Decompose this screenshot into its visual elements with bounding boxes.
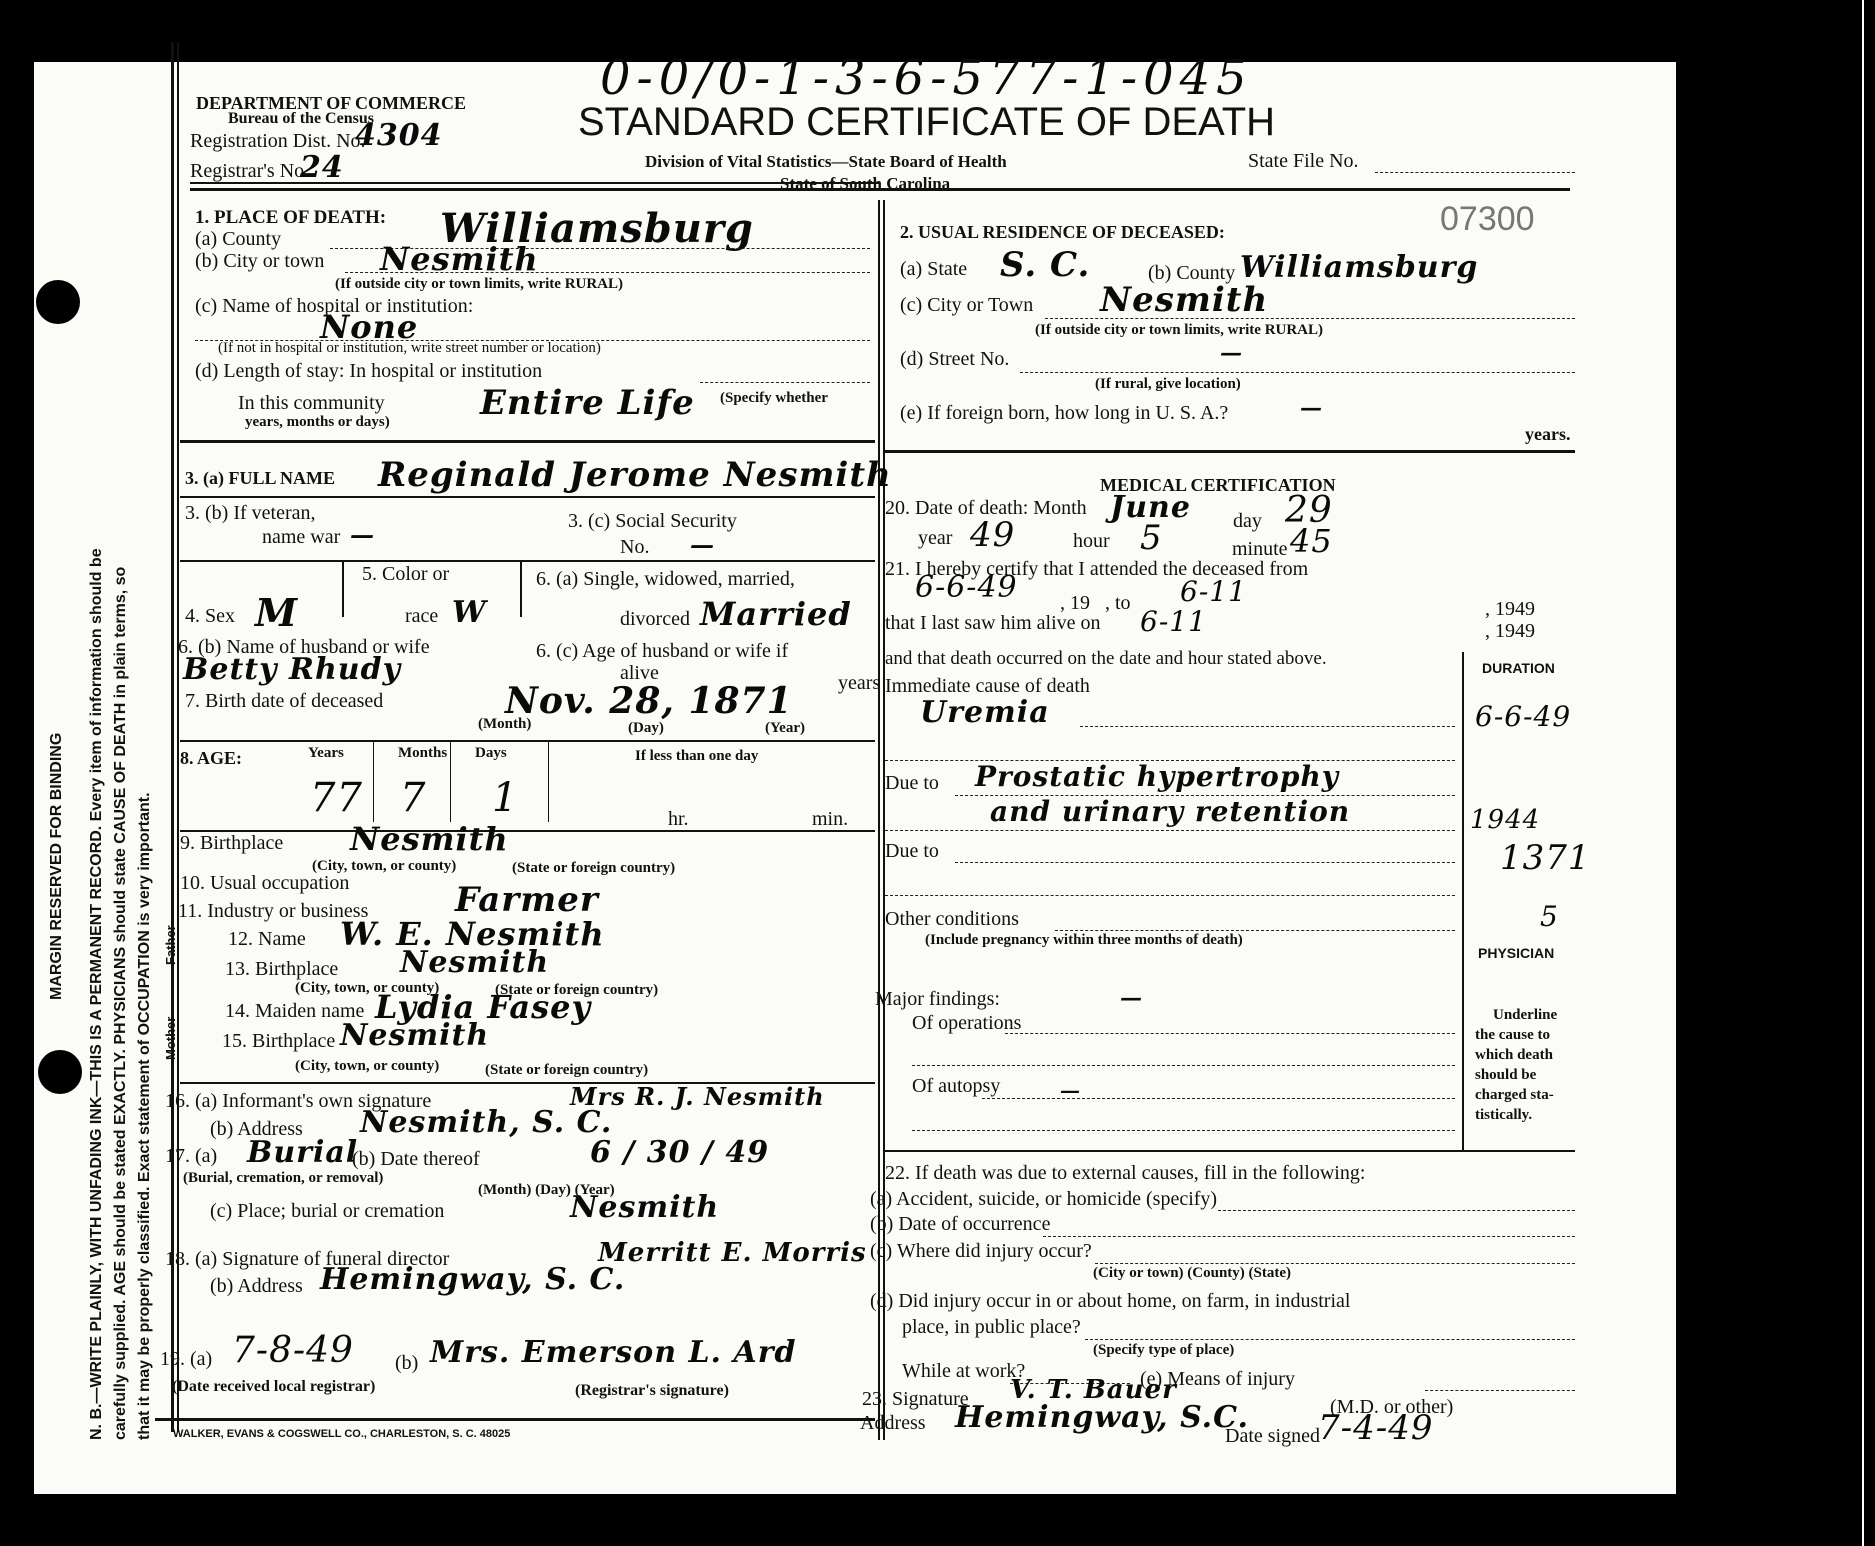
res-street-note: (If rural, give location) bbox=[1095, 376, 1241, 393]
field-line bbox=[1020, 372, 1575, 373]
funeral-addr-value[interactable]: Hemingway, S. C. bbox=[320, 1262, 625, 1297]
field-line bbox=[955, 795, 1455, 796]
city-label: (b) City or town bbox=[195, 250, 324, 273]
due-to-label-2: Due to bbox=[885, 840, 939, 863]
other-conditions-label: Other conditions bbox=[885, 908, 1019, 931]
community-note: (Specify whether bbox=[720, 390, 828, 407]
father-name-label: 12. Name bbox=[228, 928, 306, 951]
left-border bbox=[177, 42, 179, 1432]
hospital-note: (If not in hospital or institution, writ… bbox=[218, 340, 601, 357]
attended-to-label: , to bbox=[1105, 592, 1131, 615]
age-years-value[interactable]: 77 bbox=[310, 775, 363, 821]
external-d-label-b: place, in public place? bbox=[902, 1316, 1081, 1339]
cell-divider bbox=[520, 562, 522, 617]
field-line bbox=[1005, 1033, 1455, 1034]
operations-label: Of operations bbox=[912, 1012, 1021, 1035]
signature-label: 23. Signature bbox=[862, 1388, 969, 1411]
cell-divider bbox=[373, 742, 374, 822]
funeral-sig-value[interactable]: Merritt E. Morris bbox=[598, 1238, 867, 1268]
section-rule bbox=[180, 830, 875, 832]
res-foreign-unit: years. bbox=[1525, 424, 1570, 445]
full-name-label: 3. (a) FULL NAME bbox=[185, 468, 335, 489]
external-d-note: (Specify type of place) bbox=[1093, 1342, 1234, 1359]
external-c-notes: (City or town) (County) (State) bbox=[1093, 1265, 1291, 1282]
field-line bbox=[1080, 726, 1455, 727]
age-hr-label: hr. bbox=[668, 808, 689, 831]
registrar-sig-note: (Registrar's signature) bbox=[575, 1382, 729, 1400]
handwritten-file-code: 0-0/0-1-3-6-577-1-045 bbox=[600, 50, 1253, 106]
external-b-label: (b) Date of occurrence bbox=[870, 1213, 1050, 1236]
margin-instructions-line2: carefully supplied. AGE should be stated… bbox=[112, 567, 130, 1440]
underline-note: Underline the cause to which death shoul… bbox=[1475, 1005, 1557, 1125]
physician-heading: PHYSICIAN bbox=[1478, 945, 1554, 961]
means-field[interactable] bbox=[1425, 1390, 1575, 1391]
community-note: years, months or days) bbox=[245, 414, 390, 431]
underline-note-line: the cause to bbox=[1475, 1025, 1557, 1045]
res-street-value[interactable]: — bbox=[1220, 340, 1243, 366]
cell-divider bbox=[548, 742, 549, 822]
section-rule bbox=[885, 450, 1575, 453]
external-a-field[interactable] bbox=[1218, 1210, 1575, 1211]
father-birth-value[interactable]: Nesmith bbox=[400, 945, 549, 980]
disposition-label: 17. (a) bbox=[165, 1145, 217, 1168]
section-rule bbox=[180, 496, 875, 498]
city-note: (If outside city or town limits, write R… bbox=[335, 276, 623, 293]
scan-edge bbox=[1862, 0, 1864, 1546]
underline-note-line: charged sta- bbox=[1475, 1085, 1557, 1105]
registrar-sig-label: (b) bbox=[395, 1352, 418, 1375]
occupation-label: 10. Usual occupation bbox=[180, 872, 349, 895]
res-city-note: (If outside city or town limits, write R… bbox=[1035, 322, 1323, 339]
section-rule bbox=[180, 740, 875, 742]
attended-from-value[interactable]: 6-6-49 bbox=[915, 570, 1018, 605]
community-value[interactable]: Entire Life bbox=[480, 383, 695, 423]
external-heading: 22. If death was due to external causes,… bbox=[885, 1162, 1365, 1185]
external-a-label: (a) Accident, suicide, or homicide (spec… bbox=[870, 1188, 1217, 1211]
res-foreign-value[interactable]: — bbox=[1300, 395, 1323, 421]
res-city-value[interactable]: Nesmith bbox=[1100, 280, 1268, 320]
due-to-value-1a[interactable]: Prostatic hypertrophy bbox=[975, 760, 1339, 793]
res-county-value[interactable]: Williamsburg bbox=[1240, 250, 1478, 285]
printer-imprint: WALKER, EVANS & COGSWELL CO., CHARLESTON… bbox=[173, 1428, 510, 1440]
disposition-note: (Burial, cremation, or removal) bbox=[183, 1170, 383, 1187]
mother-birth-state-note: (State or foreign country) bbox=[485, 1062, 648, 1079]
cell-divider bbox=[342, 562, 344, 617]
binding-hole bbox=[38, 1050, 82, 1094]
field-line bbox=[955, 862, 1455, 863]
stay-label: (d) Length of stay: In hospital or insti… bbox=[195, 360, 542, 383]
res-foreign-label: (e) If foreign born, how long in U. S. A… bbox=[900, 402, 1228, 425]
birth-day-label: (Day) bbox=[628, 720, 664, 737]
death-hour-label: hour bbox=[1073, 530, 1110, 553]
margin-instructions-line1: N. B.—WRITE PLAINLY, WITH UNFADING INK—T… bbox=[88, 548, 106, 1440]
section-rule bbox=[885, 1150, 1575, 1152]
marital-value[interactable]: Married bbox=[700, 595, 852, 633]
field-line bbox=[1055, 930, 1455, 931]
margin-binding-note: MARGIN RESERVED FOR BINDING bbox=[48, 733, 66, 1000]
underline-note-line: should be bbox=[1475, 1065, 1557, 1085]
date-signed-value[interactable]: 7-4-49 bbox=[1318, 1408, 1434, 1448]
residence-heading: 2. USUAL RESIDENCE OF DECEASED: bbox=[900, 222, 1225, 243]
mother-birth-label: 15. Birthplace bbox=[222, 1030, 335, 1053]
disposition-date-value[interactable]: 6 / 30 / 49 bbox=[590, 1135, 769, 1170]
age-years-label: Years bbox=[308, 745, 344, 762]
division-label: Division of Vital Statistics—State Board… bbox=[645, 152, 1007, 172]
cell-divider bbox=[450, 742, 451, 822]
occurred-statement: and that death occurred on the date and … bbox=[885, 648, 1327, 670]
duration-heading: DURATION bbox=[1482, 660, 1555, 676]
duration-divider bbox=[1462, 652, 1464, 1152]
external-c-field[interactable] bbox=[1095, 1263, 1575, 1264]
registrar-value[interactable]: 24 bbox=[300, 150, 344, 185]
external-d-label: (d) Did injury occur in or about home, o… bbox=[870, 1290, 1350, 1313]
veteran-label: 3. (b) If veteran, bbox=[185, 502, 316, 525]
birthplace-state-note: (State or foreign country) bbox=[512, 860, 675, 877]
sex-label: 4. Sex bbox=[185, 605, 235, 628]
age-min-label: min. bbox=[812, 808, 848, 831]
field-line bbox=[700, 382, 870, 383]
immediate-cause-value[interactable]: Uremia bbox=[920, 695, 1050, 730]
work-label: While at work? bbox=[902, 1360, 1025, 1383]
major-findings-label: Major findings: bbox=[875, 988, 1000, 1011]
funeral-addr-label: (b) Address bbox=[210, 1275, 303, 1298]
ssn-no-label: No. bbox=[620, 536, 649, 559]
stamp-number: 07300 bbox=[1440, 200, 1535, 239]
section-rule bbox=[180, 440, 875, 443]
field-line bbox=[1045, 318, 1575, 319]
spouse-age-label: 6. (c) Age of husband or wife if bbox=[536, 640, 788, 663]
death-year-value[interactable]: 49 bbox=[970, 515, 1015, 555]
bureau-label: Bureau of the Census bbox=[228, 110, 374, 128]
header-rule bbox=[190, 182, 880, 184]
duration-value-2[interactable]: 1944 bbox=[1470, 805, 1540, 835]
spouse-age-unit: years bbox=[838, 672, 880, 695]
underline-note-line: tistically. bbox=[1475, 1105, 1557, 1125]
age-days-label: Days bbox=[475, 745, 507, 762]
underline-note-line: which death bbox=[1475, 1045, 1557, 1065]
field-line bbox=[885, 830, 1455, 831]
marital-label: 6. (a) Single, widowed, married, bbox=[536, 568, 795, 591]
physician-addr-value[interactable]: Hemingway, S.C. bbox=[955, 1400, 1249, 1435]
registrar-label: Registrar's No. bbox=[190, 160, 309, 183]
death-year-label: year bbox=[918, 527, 952, 550]
death-day-label: day bbox=[1233, 510, 1262, 533]
occupation-value[interactable]: Farmer bbox=[455, 880, 599, 920]
state-file-field[interactable] bbox=[1375, 172, 1575, 173]
death-minute-value[interactable]: 45 bbox=[1290, 522, 1333, 560]
birth-year-label: (Year) bbox=[765, 720, 805, 737]
father-birth-label: 13. Birthplace bbox=[225, 958, 338, 981]
age-months-value[interactable]: 7 bbox=[400, 775, 426, 821]
res-state-label: (a) State bbox=[900, 258, 967, 281]
birth-month-label: (Month) bbox=[478, 716, 531, 733]
res-street-label: (d) Street No. bbox=[900, 348, 1009, 371]
attended-to-value[interactable]: 6-11 bbox=[1180, 575, 1247, 608]
res-state-value[interactable]: S. C. bbox=[1000, 245, 1090, 285]
section-rule bbox=[180, 560, 875, 562]
age-months-label: Months bbox=[398, 745, 447, 762]
age-less-label: If less than one day bbox=[635, 748, 758, 765]
due-to-value-1b[interactable]: and urinary retention bbox=[990, 795, 1350, 828]
last-saw-year: , 1949 bbox=[1485, 620, 1535, 643]
full-name-value[interactable]: Reginald Jerome Nesmith bbox=[378, 455, 892, 495]
registrar-date-value[interactable]: 7-8-49 bbox=[232, 1330, 354, 1371]
birth-label: 7. Birth date of deceased bbox=[185, 690, 383, 713]
birth-value[interactable]: Nov. 28, 1871 bbox=[505, 680, 793, 722]
death-hour-value[interactable]: 5 bbox=[1140, 518, 1163, 558]
state-file-label: State File No. bbox=[1248, 150, 1359, 173]
field-line bbox=[982, 1098, 1455, 1099]
color-label: 5. Color or bbox=[362, 563, 449, 586]
autopsy-label: Of autopsy bbox=[912, 1075, 1000, 1098]
county-label: (a) County bbox=[195, 228, 281, 251]
place-of-death-heading: 1. PLACE OF DEATH: bbox=[195, 207, 386, 229]
cause-code: 1371 bbox=[1500, 838, 1591, 878]
field-line bbox=[912, 1130, 1455, 1131]
registrar-date-note: (Date received local registrar) bbox=[172, 1378, 375, 1396]
veteran-value[interactable]: — bbox=[350, 520, 375, 549]
state-label: State of South Carolina bbox=[780, 174, 950, 194]
mother-side-label: Mother bbox=[163, 1017, 178, 1060]
cause-code-5: 5 bbox=[1540, 900, 1559, 933]
burial-place-label: (c) Place; burial or cremation bbox=[210, 1200, 444, 1223]
race-label: race bbox=[405, 605, 438, 628]
veteran-war-label: name war bbox=[262, 526, 340, 549]
last-saw-value[interactable]: 6-11 bbox=[1140, 605, 1207, 638]
due-to-label-1: Due to bbox=[885, 772, 939, 795]
field-line bbox=[885, 760, 1455, 761]
left-border bbox=[171, 42, 174, 1432]
margin-instructions-line3: that it may be properly classified. Exac… bbox=[136, 792, 154, 1440]
field-line bbox=[345, 272, 870, 273]
res-city-label: (c) City or Town bbox=[900, 294, 1033, 317]
binding-hole bbox=[36, 280, 80, 324]
ssn-value[interactable]: — bbox=[690, 530, 715, 559]
burial-place-value[interactable]: Nesmith bbox=[570, 1190, 719, 1225]
physician-addr-label: Address bbox=[860, 1412, 926, 1435]
field-line bbox=[885, 895, 1455, 896]
major-findings-value[interactable]: — bbox=[1120, 985, 1143, 1011]
informant-addr-value[interactable]: Nesmith, S. C. bbox=[360, 1105, 612, 1140]
last-saw-label: that I last saw him alive on bbox=[885, 612, 1101, 635]
other-conditions-note: (Include pregnancy within three months o… bbox=[925, 932, 1243, 949]
marital-divorced-label: divorced bbox=[620, 608, 690, 631]
mother-birth-value[interactable]: Nesmith bbox=[340, 1018, 489, 1053]
underline-note-line: Underline bbox=[1475, 1005, 1557, 1025]
reg-dist-value[interactable]: 4304 bbox=[355, 118, 443, 153]
birthplace-value[interactable]: Nesmith bbox=[350, 820, 509, 858]
external-b-field[interactable] bbox=[1043, 1236, 1575, 1237]
disposition-date-label: (b) Date thereof bbox=[352, 1148, 480, 1171]
field-line bbox=[912, 1065, 1455, 1066]
attended-to-year: , 1949 bbox=[1485, 598, 1535, 621]
footer-rule bbox=[155, 1418, 875, 1421]
race-value[interactable]: W bbox=[452, 595, 487, 630]
mother-birth-city-note: (City, town, or county) bbox=[295, 1058, 439, 1075]
external-d-field[interactable] bbox=[1085, 1339, 1575, 1340]
father-side-label: Father bbox=[163, 925, 178, 965]
birthplace-label: 9. Birthplace bbox=[180, 832, 283, 855]
duration-value-1[interactable]: 6-6-49 bbox=[1475, 700, 1571, 733]
registrar-date-label: 19. (a) bbox=[160, 1348, 212, 1371]
age-label: 8. AGE: bbox=[180, 748, 242, 769]
registrar-sig-value[interactable]: Mrs. Emerson L. Ard bbox=[430, 1335, 797, 1370]
sex-value[interactable]: M bbox=[255, 590, 298, 635]
external-c-label: (c) Where did injury occur? bbox=[870, 1240, 1092, 1263]
community-label: In this community bbox=[238, 392, 385, 415]
age-days-value[interactable]: 1 bbox=[492, 775, 518, 821]
disposition-value[interactable]: Burial bbox=[247, 1135, 358, 1170]
spouse-value[interactable]: Betty Rhudy bbox=[183, 652, 401, 687]
certificate-title: STANDARD CERTIFICATE OF DEATH bbox=[578, 100, 1275, 145]
date-signed-label: Date signed bbox=[1225, 1425, 1320, 1448]
